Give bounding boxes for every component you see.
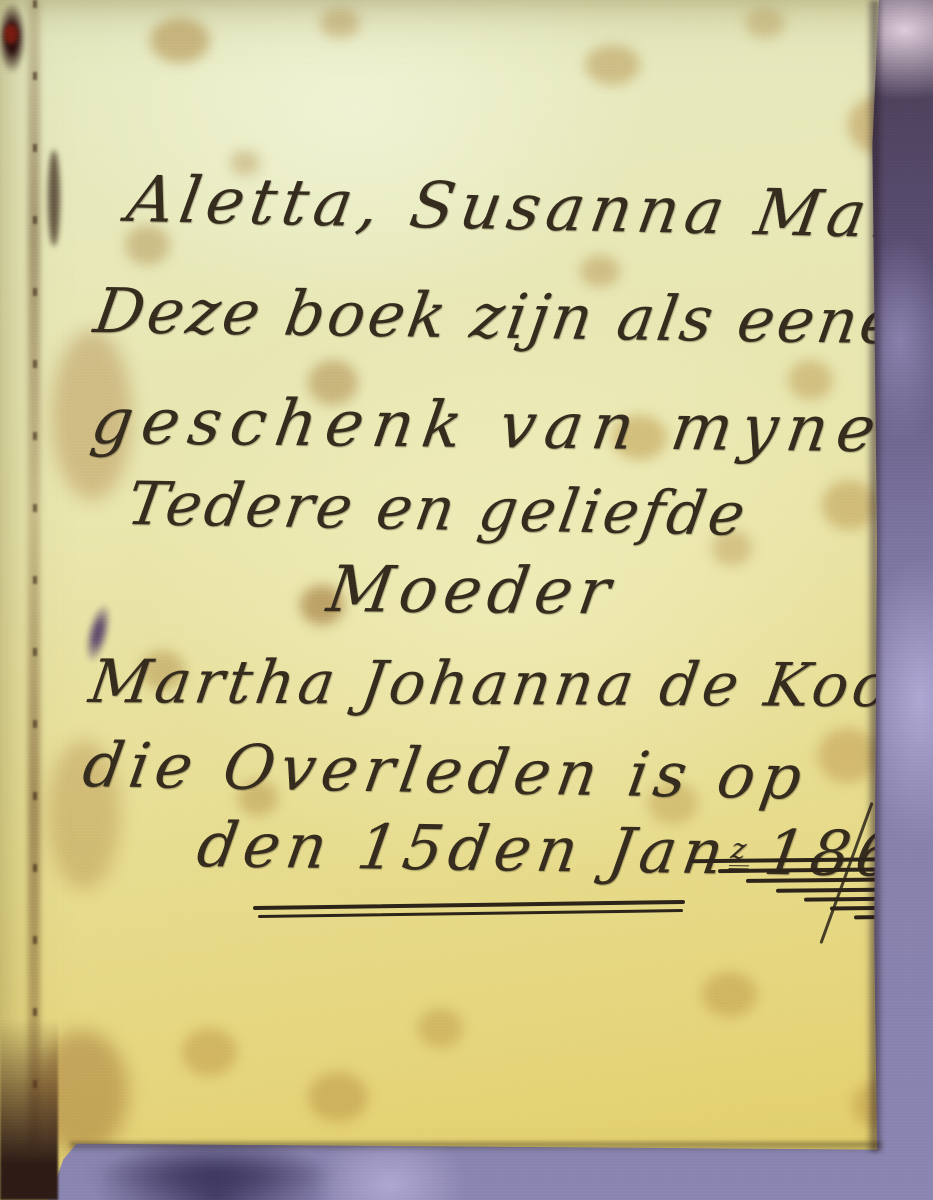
binding-mark [4,24,18,44]
foxing-stain [848,95,918,155]
foxing-stain [418,1008,463,1048]
handwritten-line-2: Deze boek zijn als eene [90,280,905,353]
handwritten-line-5: Moeder [323,558,620,624]
page-edge-shadow [866,0,882,1152]
foxing-stain [308,1072,368,1122]
book-spine [0,1020,58,1200]
fabric-shadow [85,1148,345,1200]
handwritten-line-4: Tedere en geliefde [123,474,752,545]
foxing-stain [585,45,640,85]
pen-flourish [688,858,933,954]
underline-flourish [253,900,685,910]
handwritten-line-7: die Overleden is op [79,734,812,808]
foxing-stain [150,18,210,63]
binding-mark [48,150,60,246]
handwritten-line-6: Martha Johanna de Kock [86,652,933,716]
foxing-stain [745,8,785,38]
date-text: den 15den Jan [193,808,735,888]
underline-flourish [258,909,683,918]
handwritten-line-1: Aletta, Susanna Maree [123,168,933,250]
handwritten-line-3: geschenk van myne [87,390,888,462]
photograph-of-book-flyleaf: Aletta, Susanna Maree Deze boek zijn als… [0,0,933,1200]
gutter-stitching [33,0,37,1150]
foxing-stain [182,1028,237,1076]
foxing-stain [702,972,757,1017]
book-page: Aletta, Susanna Maree Deze boek zijn als… [0,0,933,1200]
foxing-stain [320,8,360,38]
